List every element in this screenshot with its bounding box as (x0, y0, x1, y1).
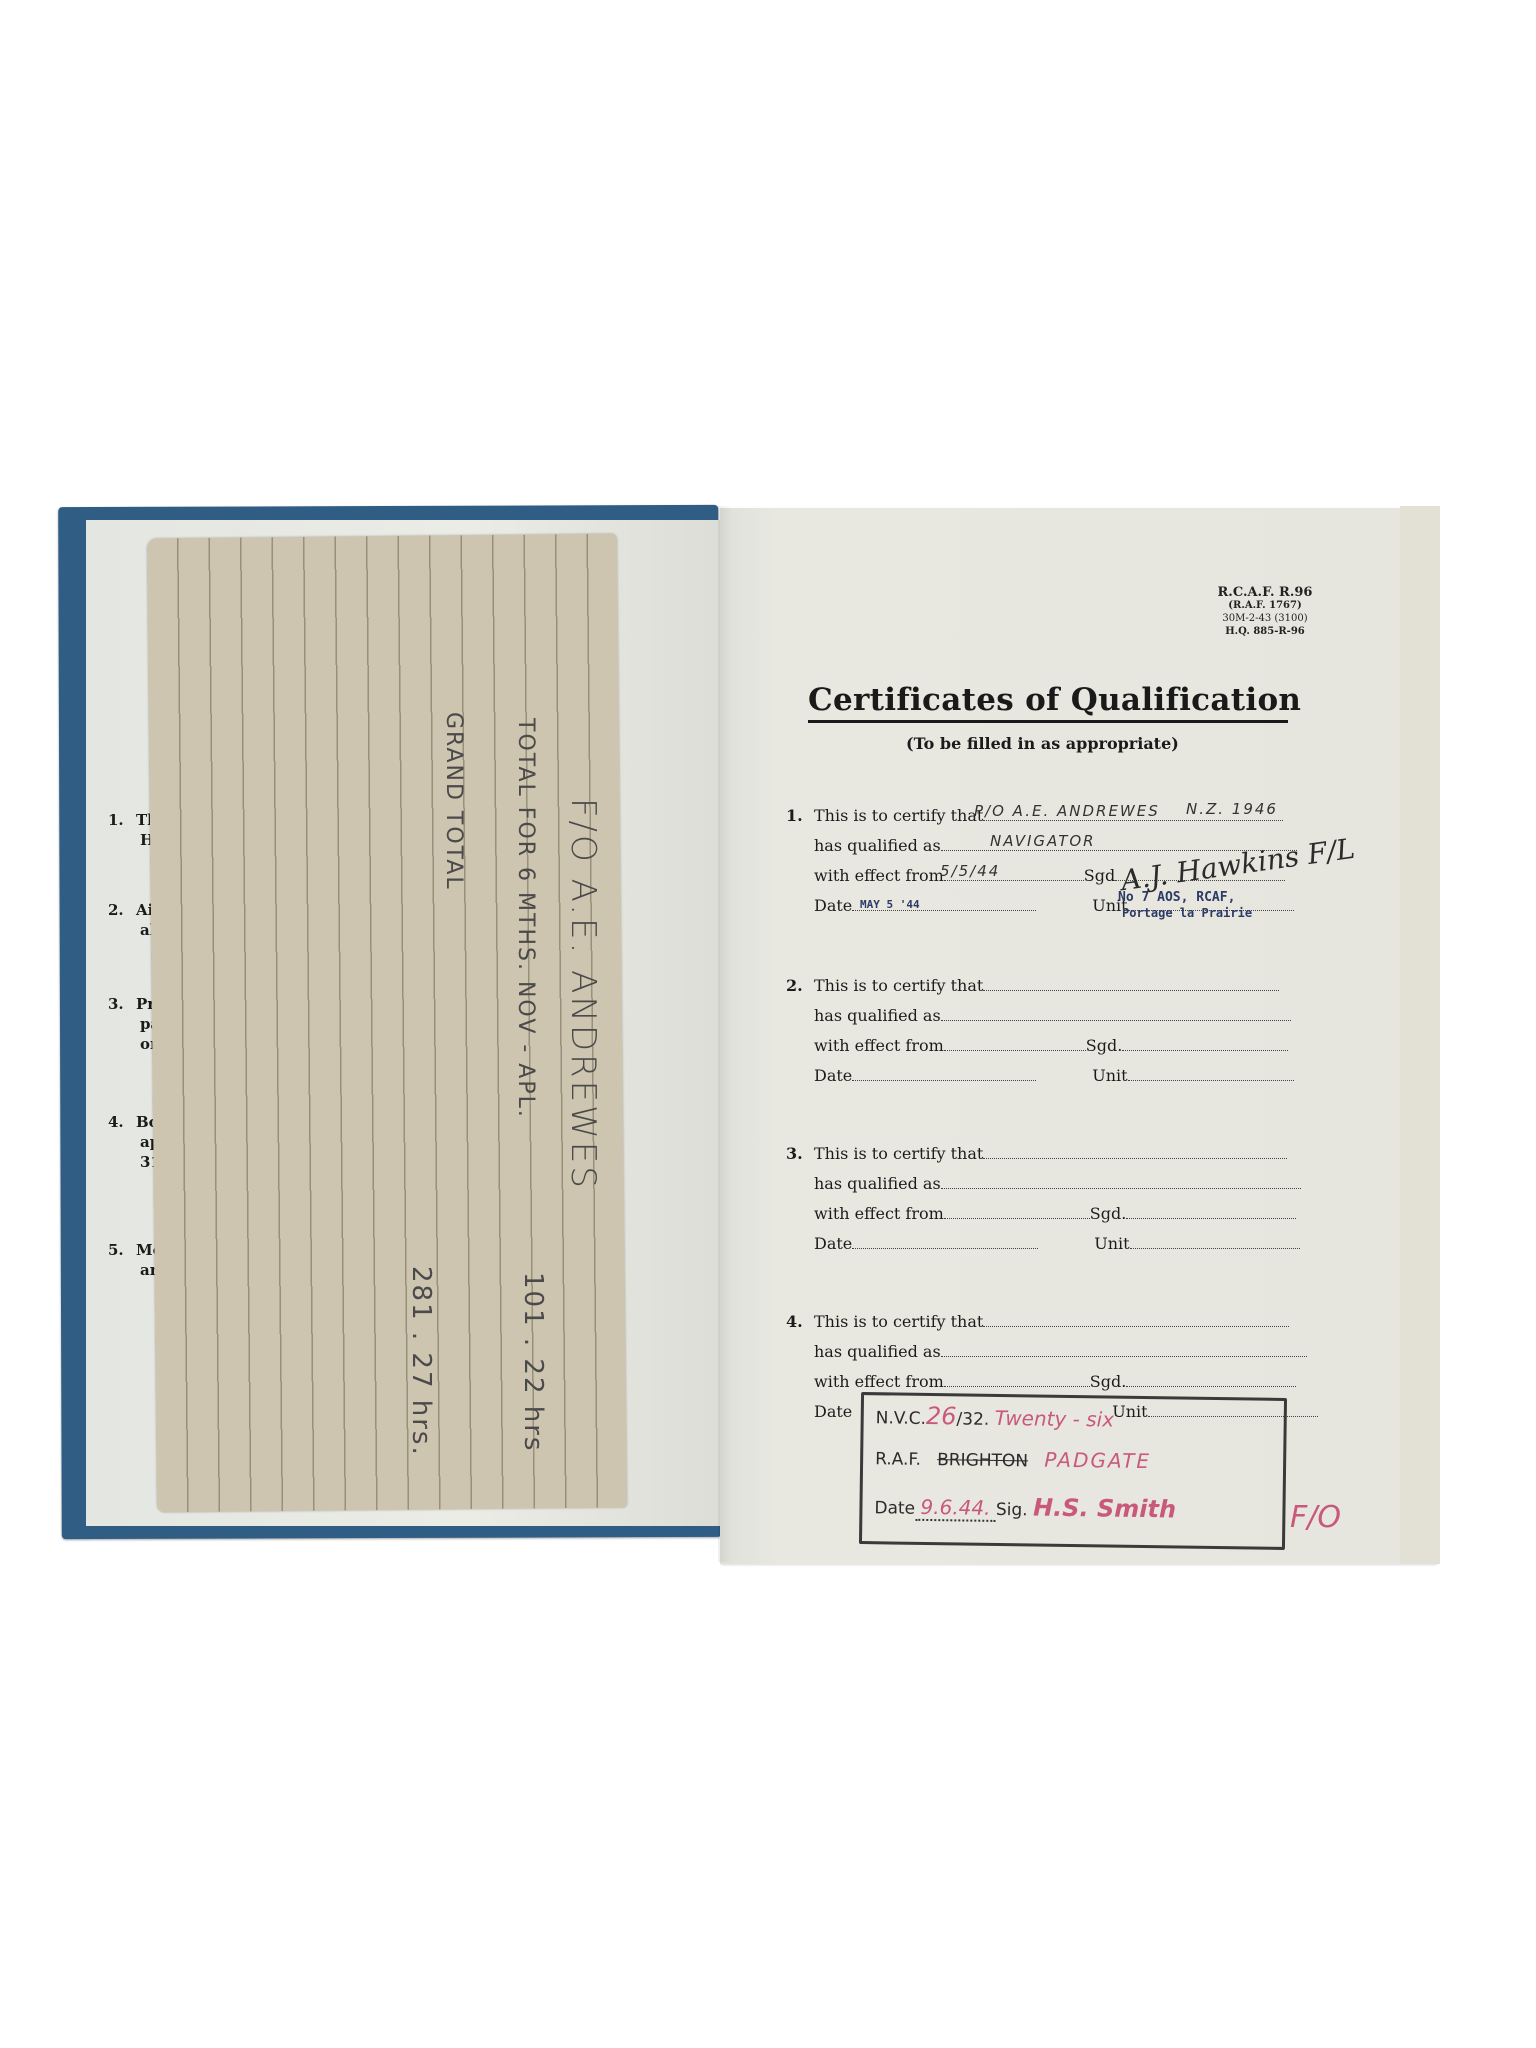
effect-value: 5/5/44 (940, 862, 1000, 880)
certificate-number: 4. (786, 1312, 803, 1331)
certify-value: P/O A.E. ANDREWES (974, 802, 1160, 820)
stamp-date-value: 9.6.44. (920, 1495, 990, 1520)
page-edges (1400, 506, 1440, 1564)
certificate-number: 3. (786, 1144, 803, 1163)
qualified-label: has qualified as (814, 1006, 941, 1025)
date-stamp: MAY 5 '44 (860, 898, 920, 911)
unit-stamp-line2: Portage la Prairie (1122, 906, 1252, 920)
qualified-label: has qualified as (814, 836, 941, 855)
certificate-number: 2. (786, 976, 803, 995)
qualified-value: NAVIGATOR (990, 832, 1096, 850)
date-label: Date (814, 1234, 852, 1253)
form-code: R.C.A.F. R.96 (R.A.F. 1767) 30M-2-43 (31… (1195, 586, 1335, 638)
stamp-sig-rank: F/O (1290, 1500, 1341, 1535)
print-code: 30M-2-43 (3100) (1195, 612, 1335, 625)
note-name: F/O A.E. ANDREWES (563, 798, 603, 1191)
hq-code: H.Q. 885-R-96 (1195, 625, 1335, 638)
stamp-signature: H.S. Smith (1033, 1493, 1176, 1523)
qualified-label: has qualified as (814, 1174, 941, 1193)
page-title: Certificates of Qualification (808, 682, 1301, 718)
effect-label: with effect from (814, 1204, 944, 1223)
sgd-label: Sgd (1084, 866, 1115, 885)
certify-label: This is to certify that (814, 806, 983, 825)
raf-form-number: (R.A.F. 1767) (1195, 599, 1335, 612)
book-gutter (718, 506, 732, 1562)
raf-label: R.A.F. (875, 1449, 921, 1470)
sgd-label: Sgd. (1090, 1372, 1127, 1391)
nvc-suffix: /32. (956, 1409, 989, 1429)
stamp-sig-label: Sig. (996, 1500, 1028, 1520)
nvc-stamp: N.V.C.26/32. Twenty - six R.A.F. BRIGHTO… (859, 1392, 1287, 1550)
item-number: 2. (108, 900, 136, 920)
unit-label: Unit (1094, 1234, 1129, 1253)
item-number: 5. (108, 1240, 136, 1260)
form-number: R.C.A.F. R.96 (1195, 586, 1335, 599)
date-label: Date (814, 1066, 852, 1085)
certificate-number: 1. (786, 806, 803, 825)
nvc-words: Twenty - six (995, 1406, 1115, 1432)
note-grand-total-hours: 281 . 27 hrs. (406, 1266, 436, 1457)
unit-stamp-line1: No 7 AOS, RCAF, (1118, 890, 1235, 905)
nvc-label: N.V.C. (876, 1408, 927, 1429)
page-subtitle: (To be filled in as appropriate) (906, 734, 1179, 753)
item-number: 1. (108, 810, 136, 830)
effect-label: with effect from (814, 1372, 944, 1391)
certify-label: This is to certify that (814, 1144, 983, 1163)
item-number: 4. (108, 1112, 136, 1132)
effect-label: with effect from (814, 1036, 944, 1055)
title-underline (808, 720, 1288, 723)
effect-label: with effect from (814, 866, 944, 885)
date-sig-row: Date 9.6.44. Sig. H.S. Smith (874, 1491, 1176, 1523)
item-number: 3. (108, 994, 136, 1014)
date-label: Date (814, 896, 852, 915)
raf-station: PADGATE (1044, 1448, 1151, 1473)
service-number: N.Z. 1946 (1186, 800, 1278, 818)
sgd-label: Sgd. (1086, 1036, 1123, 1055)
note-total-hours: 101 . 22 hrs (518, 1272, 548, 1452)
qualified-label: has qualified as (814, 1342, 941, 1361)
date-label: Date (814, 1402, 852, 1421)
certify-label: This is to certify that (814, 976, 983, 995)
unit-label: Unit (1092, 1066, 1127, 1085)
stamp-date-label: Date (874, 1498, 915, 1519)
note-total-label: TOTAL FOR 6 MTHS. NOV - APL. (513, 718, 538, 1119)
raf-row: R.A.F. BRIGHTON PADGATE (875, 1445, 1151, 1473)
raf-struck-station: BRIGHTON (937, 1450, 1028, 1471)
nvc-row: N.V.C.26/32. Twenty - six (876, 1401, 1115, 1432)
certify-label: This is to certify that (814, 1312, 983, 1331)
sgd-label: Sgd. (1090, 1204, 1127, 1223)
note-grand-total-label: GRAND TOTAL (441, 712, 466, 891)
nvc-value: 26 (926, 1402, 957, 1430)
handwritten-note-card (147, 534, 627, 1513)
